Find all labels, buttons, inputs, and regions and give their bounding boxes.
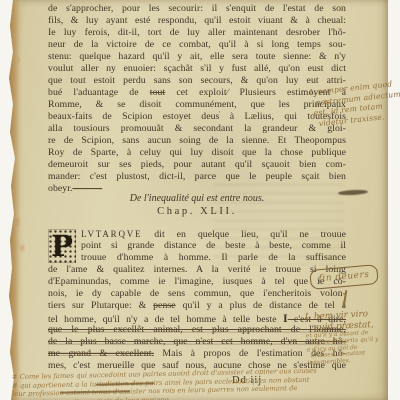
printed-line: Romme, & se disoit communément, que les … <box>48 99 346 111</box>
text-segment: cet exploit <box>165 87 226 98</box>
printed-line-with-correction: tiers sur Plutarque: & pensedirois qu'il… <box>48 300 346 312</box>
chapter-title: De l'inequalité qui est entre nous. <box>48 192 346 205</box>
interlinear-addition: dirois <box>146 300 166 302</box>
printed-line: stenu: quelque hazard qu'il y ait, elle … <box>48 51 346 63</box>
printed-line: LVTARQVE dit en quelque lieu, qu'il ne t… <box>81 228 346 240</box>
insertion-mark: ∕ <box>227 87 229 98</box>
printed-line: de s'approcher, pour les secourir: il s'… <box>48 3 346 15</box>
printed-line-with-deletion: me grand & excellent. Mais à propos de l… <box>48 348 346 360</box>
printed-line-with-deletion: bué l'aduantage de tout cet exploit∕ Plu… <box>48 87 346 99</box>
printed-paragraph-2: P LVTARQVE dit en quelque lieu, qu'il ne… <box>48 228 346 372</box>
printed-line: alla tousiours promouuãt & secondant la … <box>48 123 346 135</box>
text-segment: bué l'aduantage de <box>48 87 150 98</box>
scanned-book-page: de s'approcher, pour les secourir: il s'… <box>0 0 400 400</box>
printed-line: neur de la victoire de ce combat, qu'il … <box>48 39 346 51</box>
printed-line: d'Epaminundas, comme ie l'imagine, iusqu… <box>48 276 346 288</box>
printed-line: point si grande distance de beste à best… <box>81 240 346 252</box>
margin-note-hem-vir-viro: I. hem vir viro quid præstat, et qu'il y… <box>305 308 400 368</box>
printed-line: voulut aller ny enuoier: sçachãt s'il y … <box>48 63 346 75</box>
printed-line: trouue d'homme à homme. Il parle de la s… <box>81 252 346 264</box>
printed-line: fils, & luy ayant esté respondu, qu'il e… <box>48 15 346 27</box>
text-segment: beaux-faits de Scipion estoyet <box>48 111 201 122</box>
printed-line-with-insertion: beaux-faits de Scipion estoyet en partie… <box>48 111 346 123</box>
ornate-initial-P: P <box>48 229 76 263</box>
struck-printed-line: de la plus basse marche, que n'est cet h… <box>48 336 346 348</box>
struck-printed-line: que le plus excellẽt animal, est plus ap… <box>48 324 346 336</box>
text-segment: tiers sur Plutarque: & <box>48 300 153 311</box>
struck-segment: me grand & excellent. <box>48 348 154 359</box>
printed-line: de l'ame & qualitez internes. A la verit… <box>48 264 346 276</box>
smallcaps-word: LVTARQVE <box>81 229 142 239</box>
printed-line: re de Scipion, sans aucun soing de la si… <box>48 135 346 147</box>
chapter-heading: De l'inequalité qui est entre nous. Chap… <box>48 192 346 218</box>
text-segment: dit en quelque lieu, qu'il ne trouue <box>142 229 346 240</box>
interlinear-addition: en partie <box>208 111 240 113</box>
printed-line: Roy de Sparte, à celuy qui luy disoit qu… <box>48 147 346 159</box>
printed-line: Ie luy ferois, dit-il, tort de luy aller… <box>48 27 346 39</box>
chapter-number: Chap. XLII. <box>48 205 346 218</box>
margin-note-latin: I. semper enim quod postremum adiectum e… <box>309 78 400 130</box>
printed-line: mander: c'est plustost, dict-il, parce q… <box>48 171 346 183</box>
printed-line: que tout estoit perdu sans son secours, … <box>48 75 346 87</box>
printed-line-with-deletion: tel homme, qu'il n'y a de tel homme à te… <box>48 312 346 324</box>
printed-line: demeuroit sur ses pieds, pour autant qu'… <box>48 159 346 171</box>
printed-line: nois, ie dy capable de sens commun, que … <box>48 288 346 300</box>
struck-word: tout <box>150 87 165 98</box>
text-segment: qu'il y a plus de distance de tel à <box>176 300 346 311</box>
text-segment: tel homme, qu'il n'y a de tel homme à te… <box>48 314 283 324</box>
printed-paragraph-1: de s'approcher, pour les secourir: il s'… <box>48 3 346 195</box>
